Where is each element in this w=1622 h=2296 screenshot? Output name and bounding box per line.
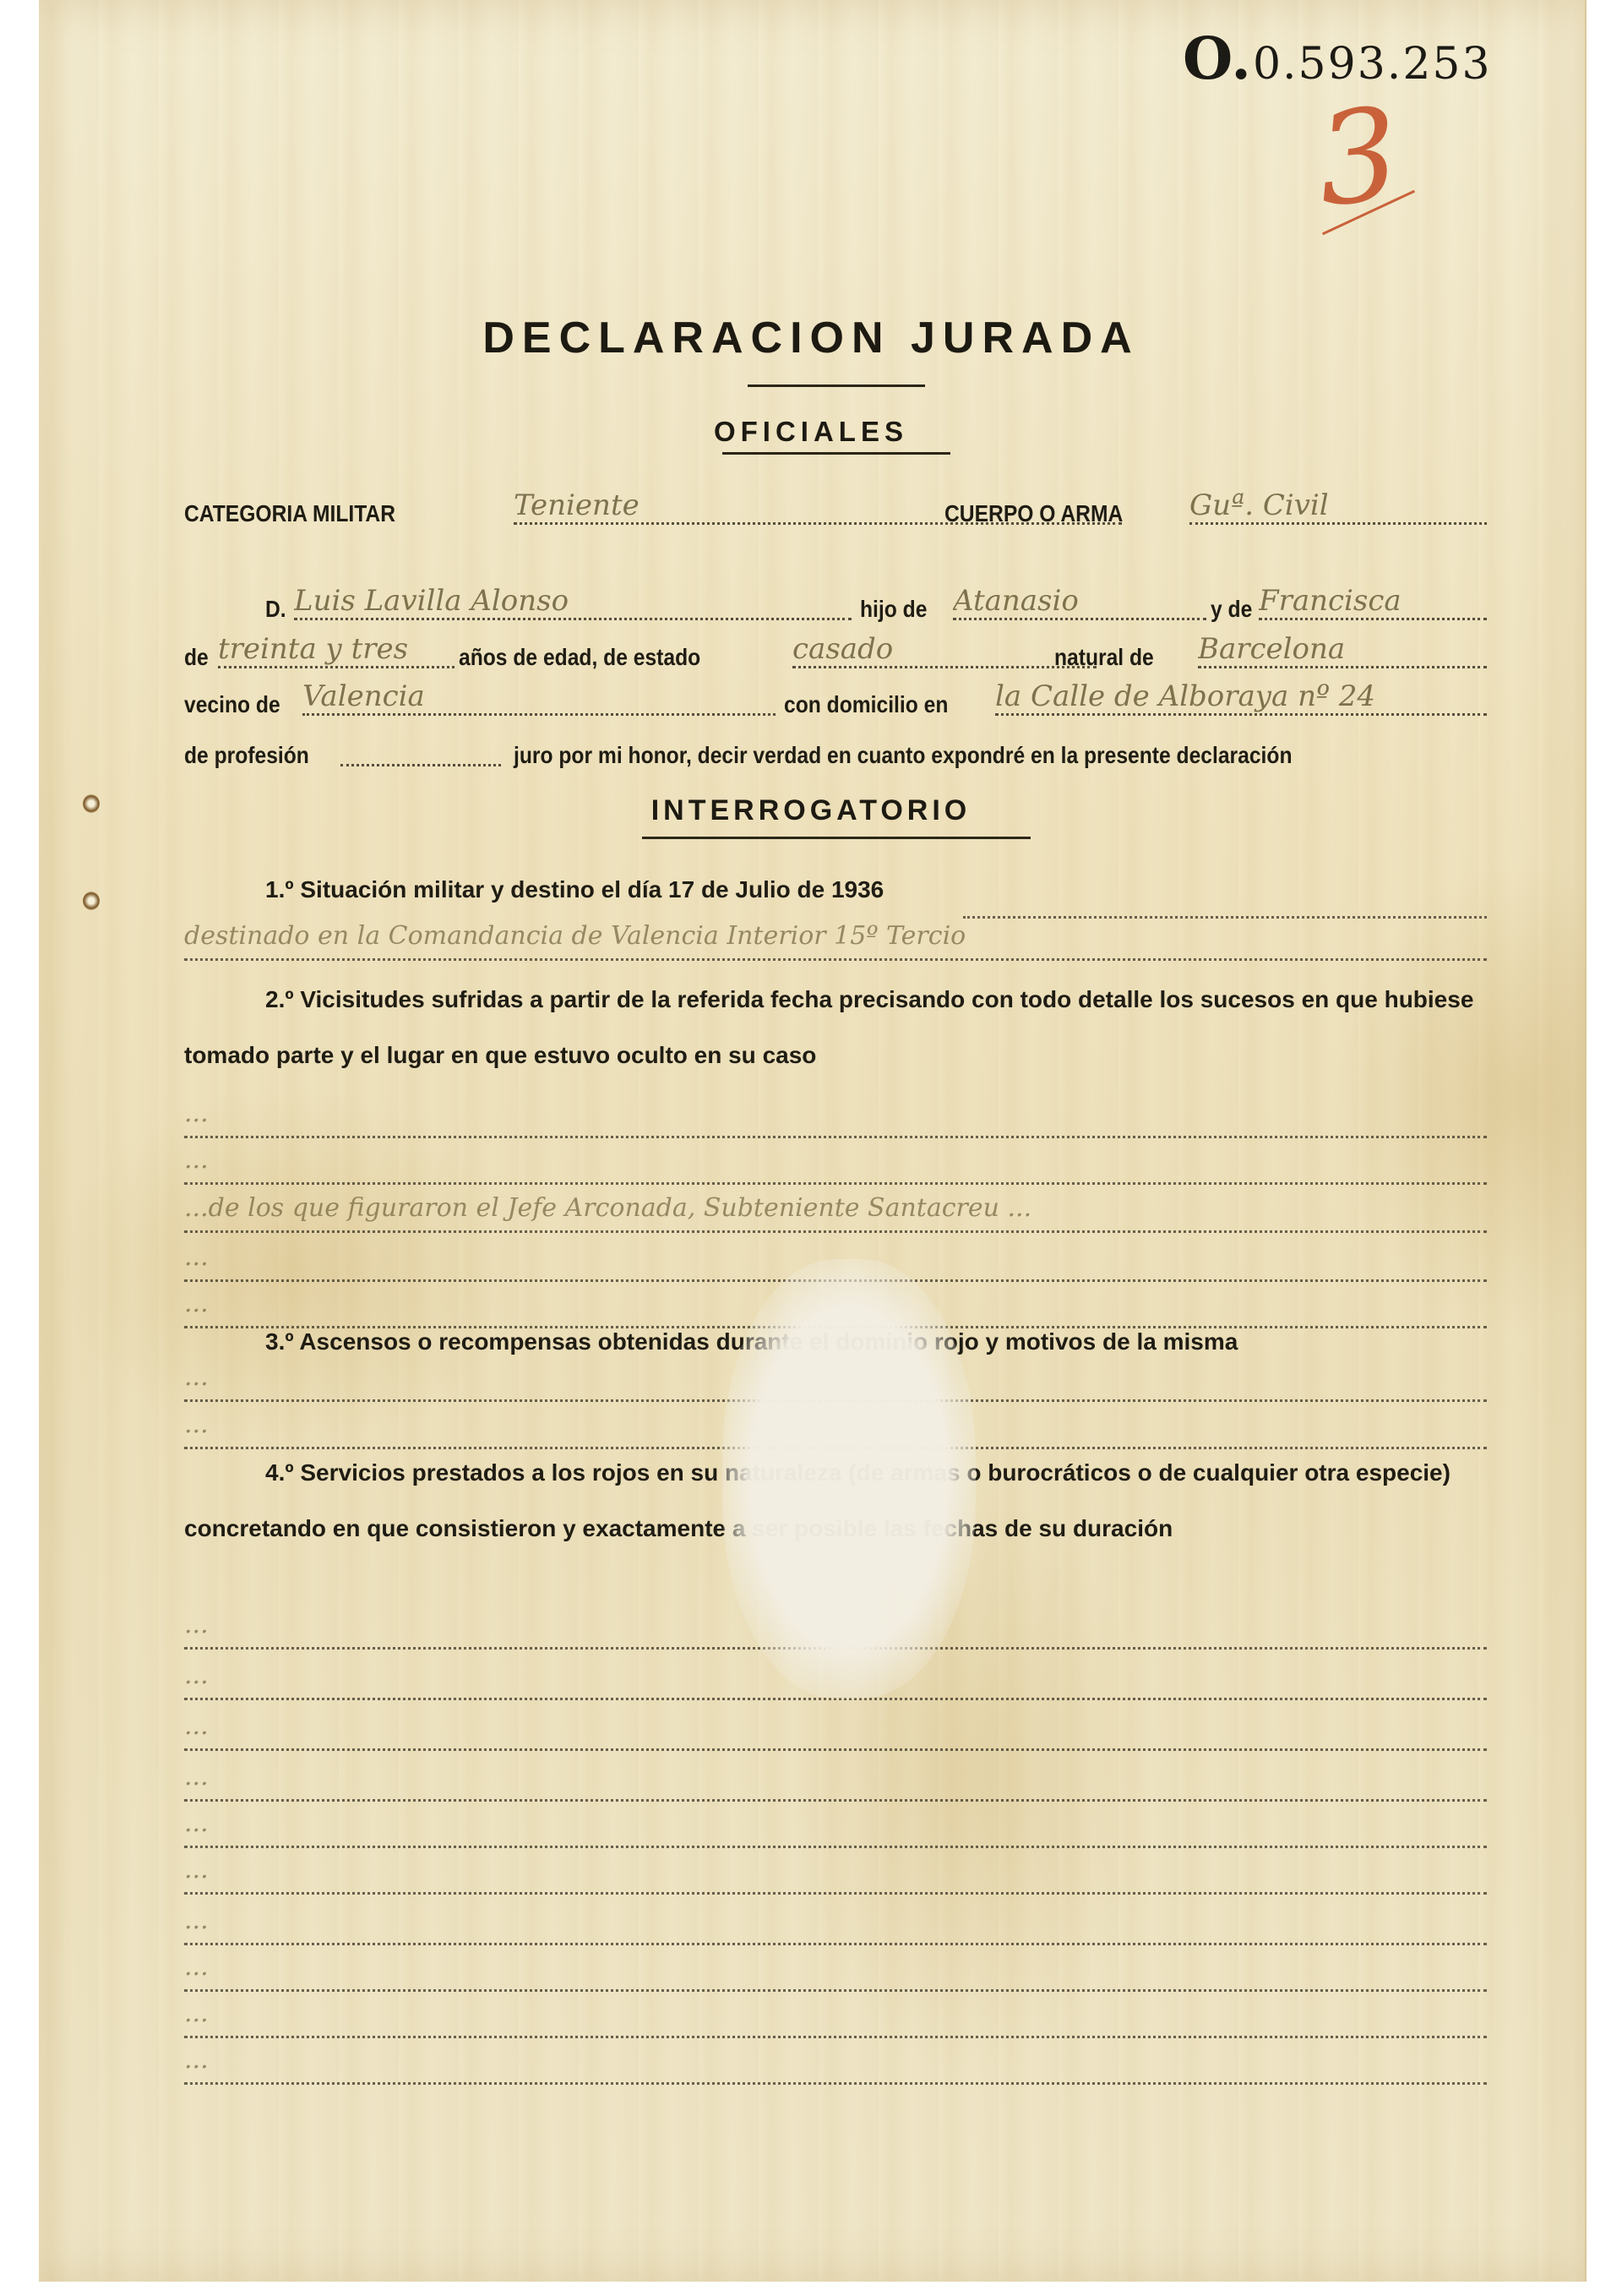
punch-hole [83,892,100,910]
subtitle-underline [722,452,950,455]
row-age: de treinta y tres años de edad, de estad… [184,644,1487,686]
age-field[interactable]: treinta y tres [218,634,454,668]
don-label: D. [265,596,286,623]
mother-field[interactable]: Francisca [1259,586,1487,620]
question-2-text: Vicisitudes sufridas a partir de la refe… [184,986,1473,1068]
answer-4-line[interactable]: ... [184,1906,1487,1945]
question-3-number: 3.º [265,1328,294,1355]
row-categoria: CATEGORIA MILITAR Teniente CUERPO O ARMA… [184,500,1487,543]
natural-label: natural de [1054,644,1154,671]
handwritten-page-number: 3 [1310,80,1406,235]
question-1-text: Situación militar y destino el día 17 de… [300,876,884,903]
profesion-field[interactable] [340,732,501,766]
anos-label: años de edad, de estado [459,644,700,671]
document-subtitle: OFICIALES [0,416,1622,448]
answer-4-line[interactable]: ... [184,1952,1487,1992]
row-profesion: de profesión juro por mi honor, decir ve… [184,742,1487,784]
cuerpo-o-arma-label: CUERPO O ARMA [944,500,1123,527]
answer-2-line[interactable]: ... [184,1145,1487,1185]
answer-1-line[interactable]: destinado en la Comandancia de Valencia … [184,921,1487,961]
answer-4-line[interactable]: ... [184,1999,1487,2038]
name-field[interactable]: Luis Lavilla Alonso [294,586,852,620]
title-divider [748,384,925,387]
profesion-label: de profesión [184,742,309,769]
vecino-field[interactable]: Valencia [302,681,776,716]
father-field[interactable]: Atanasio [953,586,1206,620]
interrogatorio-title: INTERROGATORIO [0,794,1622,827]
serial-number: O.0.593.253 [1183,25,1492,93]
estado-field[interactable]: casado [792,634,1097,668]
oath-text: juro por mi honor, decir verdad en cuant… [514,742,1292,769]
hijo-de-label: hijo de [860,596,927,623]
domicilio-field[interactable]: la Calle de Alboraya nº 24 [995,681,1487,716]
row-vecino: vecino de Valencia con domicilio en la C… [184,691,1487,734]
answer-2-line[interactable]: ...de los que figuraron el Jefe Arconada… [184,1193,1487,1233]
de-label: de [184,644,209,671]
question-2: 2.º Vicisitudes sufridas a partir de la … [184,972,1487,1083]
vecino-label: vecino de [184,691,280,718]
answer-4-line[interactable]: ... [184,1808,1487,1848]
document-title: DECLARACION JURADA [0,313,1622,363]
answer-4-line[interactable]: ... [184,2045,1487,2085]
answer-1-line[interactable] [963,879,1487,919]
water-stain [722,1259,976,1699]
question-2-number: 2.º [265,986,294,1012]
answer-4-line[interactable]: ... [184,1762,1487,1802]
domicilio-label: con domicilio en [784,691,948,718]
y-de-label: y de [1211,596,1252,623]
row-name: D. Luis Lavilla Alonso hijo de Atanasio … [184,596,1487,638]
serial-prefix: O. [1183,25,1253,93]
answer-4-line[interactable]: ... [184,1855,1487,1895]
answer-2-line[interactable]: ... [184,1099,1487,1138]
question-1-number: 1.º [265,876,294,903]
interrogatorio-underline [642,837,1031,839]
cuerpo-o-arma-field[interactable]: Guª. Civil [1189,490,1487,525]
natural-field[interactable]: Barcelona [1198,634,1487,668]
answer-4-line[interactable]: ... [184,1711,1487,1751]
question-4-number: 4.º [265,1459,294,1486]
categoria-militar-label: CATEGORIA MILITAR [184,500,395,527]
